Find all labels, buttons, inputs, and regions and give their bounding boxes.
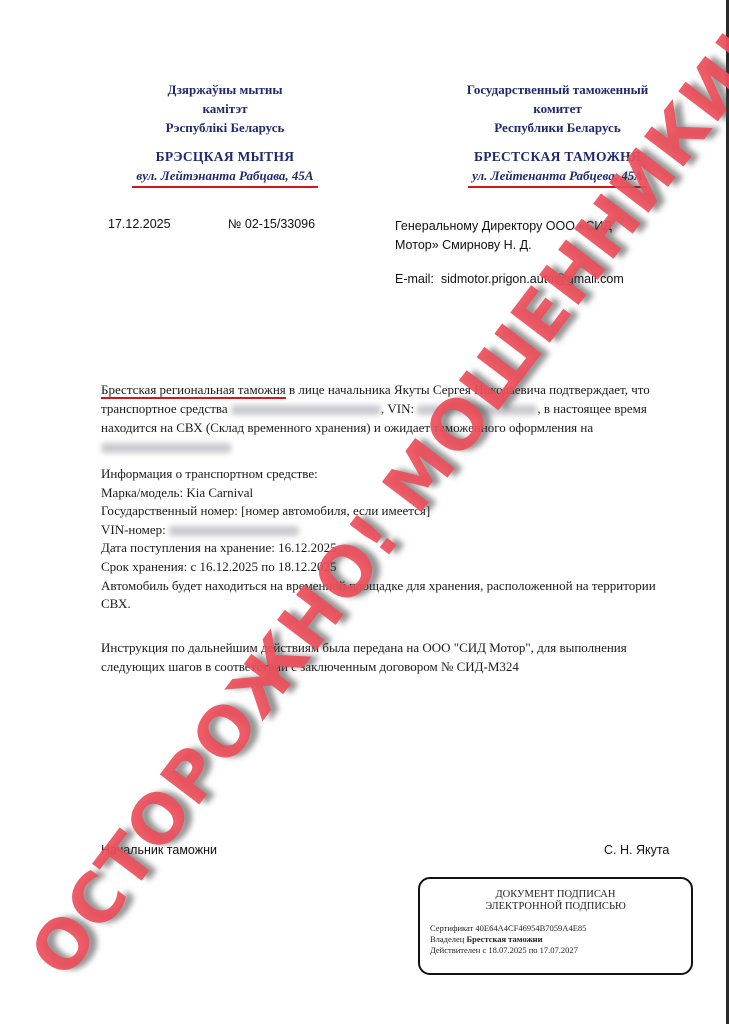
stamp-title: ЭЛЕКТРОННОЙ ПОДПИСЬЮ <box>420 901 691 913</box>
office-address: вул. Лейтэнанта Рабцава, 45А <box>132 166 317 188</box>
owner-label: Владелец <box>430 934 466 944</box>
vin-line: VIN-номер: <box>101 521 671 540</box>
paragraph-text: , VIN: <box>381 401 417 416</box>
header-line: камітэт <box>105 99 345 118</box>
signatory-title: Начальник таможни <box>101 843 217 857</box>
document-date: 17.12.2025 <box>108 217 171 231</box>
storage-period: Срок хранения: с 16.12.2025 по 18.12.202… <box>101 558 671 577</box>
header-line: комитет <box>440 99 675 118</box>
stamp-title: ДОКУМЕНТ ПОДПИСАН <box>420 889 691 901</box>
cert-value: 40E64A4CF46954B7059A4E85 <box>475 923 586 933</box>
header-line: Республики Беларусь <box>440 118 675 137</box>
recipient: Генеральному Директору ООО «СИД Мотор» С… <box>395 217 655 255</box>
email-line: E-mail: sidmotor.prigon.auto@gmail.com <box>395 272 624 286</box>
vin-label: VIN-номер: <box>101 522 169 537</box>
office-name: БРЭСЦКАЯ МЫТНЯ <box>105 147 345 166</box>
instruction-paragraph: Инструкция по дальнейшим действиям была … <box>101 638 671 676</box>
redacted-name <box>101 443 231 453</box>
header-line: Государственный таможенный <box>440 80 675 99</box>
arrival-date: Дата поступления на хранение: 16.12.2025 <box>101 539 671 558</box>
redacted-vehicle <box>231 405 381 415</box>
redacted-vin <box>417 405 537 415</box>
storage-location: Автомобиль будет находиться на временной… <box>101 577 671 614</box>
cert-label: Сертификат <box>430 923 475 933</box>
owner-value: Брестская таможни <box>466 934 542 944</box>
stamp-owner: Владелец Брестская таможни <box>430 934 691 945</box>
confirmation-paragraph: Брестская региональная таможня в лице на… <box>101 380 671 456</box>
vehicle-info: Информация о транспортном средстве: Марк… <box>101 465 671 614</box>
redacted-vin <box>169 526 299 536</box>
customs-name-highlight: Брестская региональная таможня <box>101 382 286 399</box>
office-address: ул. Лейтенанта Рабцева, 45А <box>468 166 647 188</box>
make-model: Марка/модель: Kia Carnival <box>101 484 671 503</box>
stamp-validity: Действителен с 18.07.2025 по 17.07.2027 <box>430 945 691 956</box>
signatory-name: С. Н. Якута <box>604 843 669 857</box>
office-name: БРЕСТСКАЯ ТАМОЖНЯ <box>440 147 675 166</box>
header-belarusian: Дзяржаўны мытны камітэт Рэспублікі Белар… <box>105 80 345 188</box>
e-signature-stamp: ДОКУМЕНТ ПОДПИСАН ЭЛЕКТРОННОЙ ПОДПИСЬЮ С… <box>418 877 693 975</box>
plate-number: Государственный номер: [номер автомобиля… <box>101 502 671 521</box>
stamp-cert: Сертификат 40E64A4CF46954B7059A4E85 <box>430 923 691 934</box>
header-line: Рэспублікі Беларусь <box>105 118 345 137</box>
email-label: E-mail: <box>395 272 434 286</box>
info-title: Информация о транспортном средстве: <box>101 465 671 484</box>
header-russian: Государственный таможенный комитет Респу… <box>440 80 675 188</box>
header-line: Дзяржаўны мытны <box>105 80 345 99</box>
email-address: sidmotor.prigon.auto@gmail.com <box>441 272 624 286</box>
document-number: № 02-15/33096 <box>228 217 315 231</box>
